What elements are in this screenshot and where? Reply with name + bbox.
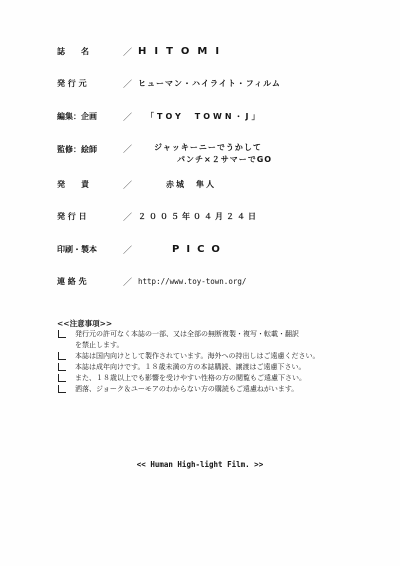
row-label: 発 行 日 (57, 211, 117, 222)
checkbox-icon (58, 352, 66, 360)
note-item: 本誌は成年向けです。１８歳未満の方の本誌購読、譲渡はご遠慮下さい。 (57, 362, 319, 373)
row-label: 連 絡 先 (57, 276, 117, 287)
checkbox-icon (58, 330, 66, 338)
row-publisher: 発 行 元 ／ ヒューマン・ハイライト・フィルム (57, 77, 281, 90)
separator: ／ (123, 110, 132, 123)
row-value: PICO (172, 244, 227, 255)
row-value-line: ジャッキーニーでうかして (154, 142, 272, 154)
separator: ／ (123, 275, 132, 288)
row-value-multiline: ジャッキーニーでうかして パンチ×２サマーでGO (154, 142, 272, 166)
checkbox-icon (58, 385, 66, 393)
note-item: 洒落、ジョーク＆ユーモアのわからない方の購読もご遠慮ねがいます。 (57, 384, 319, 395)
row-label: 印刷・製本 (57, 244, 117, 255)
row-label: 編集：企画 (57, 111, 117, 122)
colophon-page: 誌 名 ／ HITOMI 発 行 元 ／ ヒューマン・ハイライト・フィルム 編集… (0, 0, 400, 566)
note-item: 発行元の許可なく本誌の一部、又は全部の無断複製・複写・転載・翻訳 (57, 329, 319, 340)
row-label: 発 行 元 (57, 78, 117, 89)
row-responsible: 発 責 ／ 赤城 隼人 (57, 178, 216, 191)
row-label: 発 責 (57, 179, 117, 190)
separator: ／ (123, 210, 132, 223)
row-value: ヒューマン・ハイライト・フィルム (138, 78, 281, 89)
note-text: を禁止します。 (75, 340, 123, 351)
note-text: また、１８歳以上でも影響を受けやすい性格の方の閲覧もご遠慮下さい。 (75, 373, 306, 384)
separator: ／ (123, 142, 132, 155)
note-item: 本誌は国内向けとして製作されています。海外への持出しはご遠慮ください。 (57, 351, 319, 362)
notes-section: <<注意事項>> 発行元の許可なく本誌の一部、又は全部の無断複製・複写・転載・翻… (57, 318, 319, 395)
note-item-continuation: を禁止します。 (57, 340, 319, 351)
checkbox-icon (58, 363, 66, 371)
contact-url: http://www.toy-town.org/ (138, 277, 246, 286)
row-contact: 連 絡 先 ／ http://www.toy-town.org/ (57, 275, 246, 288)
notes-title: <<注意事項>> (57, 318, 319, 329)
separator: ／ (123, 77, 132, 90)
note-text: 洒落、ジョーク＆ユーモアのわからない方の購読もご遠慮ねがいます。 (75, 384, 298, 395)
row-label: 監修：絵師 (57, 144, 117, 155)
separator: ／ (123, 243, 132, 256)
separator: ／ (123, 45, 132, 58)
row-issue-date: 発 行 日 ／ ２００５年０４月２４日 (57, 210, 259, 223)
indent-spacer (58, 341, 66, 349)
separator: ／ (123, 178, 132, 191)
row-label: 誌 名 (57, 46, 117, 57)
row-supervisor: 監修：絵師 ／ ジャッキーニーでうかして パンチ×２サマーでGO (57, 142, 272, 166)
row-editing: 編集：企画 ／ 「TOY TOWN・J」 (57, 110, 263, 123)
footer-credit: << Human High-light Film. >> (0, 460, 400, 469)
note-item: また、１８歳以上でも影響を受けやすい性格の方の閲覧もご遠慮下さい。 (57, 373, 319, 384)
row-printing: 印刷・製本 ／ PICO (57, 243, 227, 256)
row-value: 「TOY TOWN・J」 (146, 111, 263, 122)
note-text: 本誌は成年向けです。１８歳未満の方の本誌購読、譲渡はご遠慮下さい。 (75, 362, 305, 373)
row-value: 赤城 隼人 (166, 179, 216, 190)
note-text: 発行元の許可なく本誌の一部、又は全部の無断複製・複写・転載・翻訳 (75, 329, 299, 340)
row-value: ２００５年０４月２４日 (138, 211, 259, 222)
row-title: 誌 名 ／ HITOMI (57, 45, 227, 58)
row-value: HITOMI (138, 46, 227, 57)
checkbox-icon (58, 374, 66, 382)
note-text: 本誌は国内向けとして製作されています。海外への持出しはご遠慮ください。 (75, 351, 319, 362)
row-value-line: パンチ×２サマーでGO (154, 154, 272, 166)
